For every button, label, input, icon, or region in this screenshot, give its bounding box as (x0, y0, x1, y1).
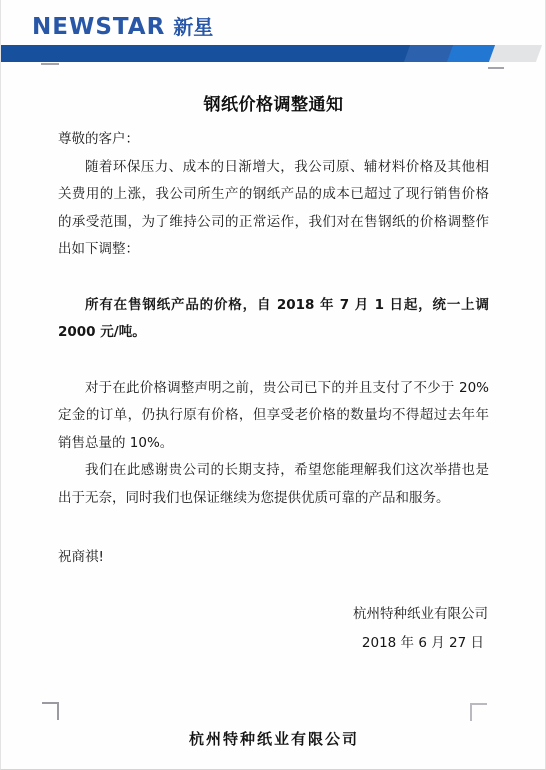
paragraph-3: 我们在此感谢贵公司的长期支持，希望您能理解我们这次举措也是出于无奈，同时我们也保… (58, 457, 489, 512)
scan-artifact-dash-left (41, 63, 59, 65)
letter-title: 钢纸价格调整通知 (58, 94, 489, 116)
price-adjustment-statement: 所有在售钢纸产品的价格，自 2018 年 7 月 1 日起，统一上调 2000 … (58, 292, 489, 347)
footer-company-name: 杭州特种纸业有限公司 (1, 728, 546, 749)
logo-text-en: NEWSTAR (32, 14, 165, 40)
header-band (1, 45, 546, 62)
salutation: 尊敬的客户： (58, 126, 489, 154)
band-segment-dark (1, 45, 446, 62)
paragraph-2: 对于在此价格调整声明之前，贵公司已下的并且支付了不少于 20%定金的订单，仍执行… (58, 375, 489, 458)
letter-body: 钢纸价格调整通知 尊敬的客户： 随着环保压力、成本的日渐增大，我公司原、辅材料价… (1, 94, 546, 658)
scan-artifact-corner-right (470, 703, 487, 721)
scan-artifact-dash-right (488, 67, 504, 69)
closing-wish: 祝商祺! (58, 544, 489, 572)
signature-company: 杭州特种纸业有限公司 (58, 601, 488, 629)
paragraph-1: 随着环保压力、成本的日渐增大，我公司原、辅材料价格及其他相关费用的上涨，我公司所… (58, 154, 489, 264)
signature-date: 2018 年 6 月 27 日 (58, 628, 488, 658)
letter-page: NEWSTAR 新星 钢纸价格调整通知 尊敬的客户： 随着环保压力、成本的日渐增… (0, 0, 546, 770)
logo-text-cn: 新星 (173, 11, 213, 40)
band-segment-gray (489, 45, 542, 62)
newstar-logo: NEWSTAR 新星 (32, 11, 213, 40)
signature-block: 杭州特种纸业有限公司 2018 年 6 月 27 日 (58, 601, 489, 659)
scan-artifact-corner-left (42, 702, 59, 720)
